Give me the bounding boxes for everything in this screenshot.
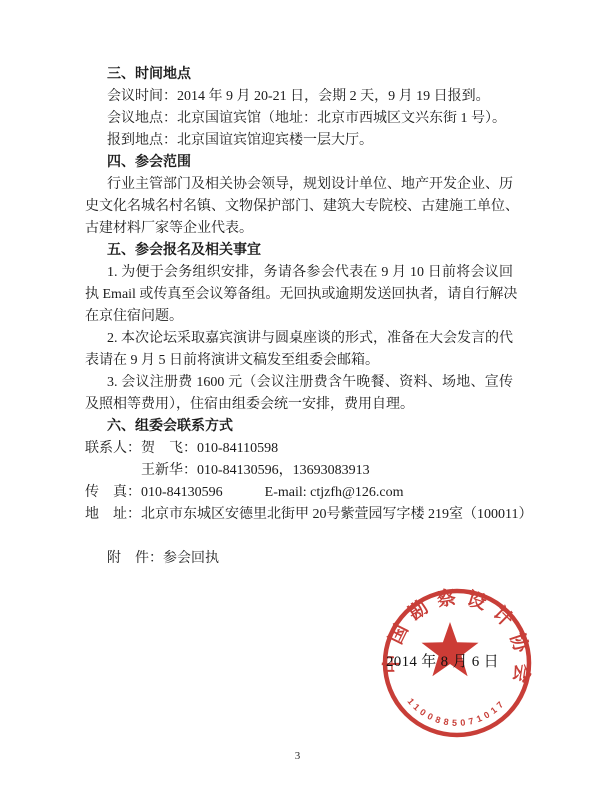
text-line: 表请在 9 月 5 日前将演讲文稿发至组委会邮箱。 [85,350,513,372]
contact-line: 地 址：北京市东城区安德里北街甲 20号紫萱园写字楼 219室（100011） [85,504,513,526]
section-heading: 三、时间地点 [85,64,513,86]
attachment-line: 附 件：参会回执 [85,548,513,570]
contact-line: 王新华：010-84130596，13693083913 [85,460,513,482]
text-line: 行业主管部门及相关协会领导，规划设计单位、地产开发企业、历 [85,174,513,196]
text-line: 会议时间：2014 年 9 月 20-21 日，会期 2 天，9 月 19 日报… [85,86,513,108]
stamp-date: 2014 年 8 月 6 日 [386,650,499,671]
contact-line: 传 真：010-84130596 E-mail: ctjzfh@126.com [85,482,513,504]
text-line: 会议地点：北京国谊宾馆（地址：北京市西城区文兴东街 1 号）。 [85,108,513,130]
document-page: { "document": { "lines": [ { "text": "三、… [0,0,595,808]
text-line: 报到地点：北京国谊宾馆迎宾楼一层大厅。 [85,130,513,152]
section-heading: 六、组委会联系方式 [85,416,513,438]
text-line: 2. 本次论坛采取嘉宾演讲与圆桌座谈的形式，准备在大会发言的代 [85,328,513,350]
text-line: 3. 会议注册费 1600 元（会议注册费含午晚餐、资料、场地、宣传 [85,372,513,394]
contact-line: 联系人：贺 飞：010-84110598 [85,438,513,460]
text-line: 1. 为便于会务组织安排，务请各参会代表在 9 月 10 日前将会议回 [85,262,513,284]
section-heading: 四、参会范围 [85,152,513,174]
document-body: 三、时间地点 会议时间：2014 年 9 月 20-21 日，会期 2 天，9 … [85,64,513,570]
text-line: 史文化名城名村名镇、文物保护部门、建筑大专院校、古建施工单位、 [85,196,513,218]
page-number: 3 [0,750,595,762]
text-line: 在京住宿问题。 [85,306,513,328]
text-line: 古建材料厂家等企业代表。 [85,218,513,240]
text-line: 及照相等费用），住宿由组委会统一安排，费用自理。 [85,394,513,416]
text-line: 执 Email 或传真至会议筹备组。无回执或逾期发送回执者，请自行解决 [85,284,513,306]
section-heading: 五、参会报名及相关事宜 [85,240,513,262]
